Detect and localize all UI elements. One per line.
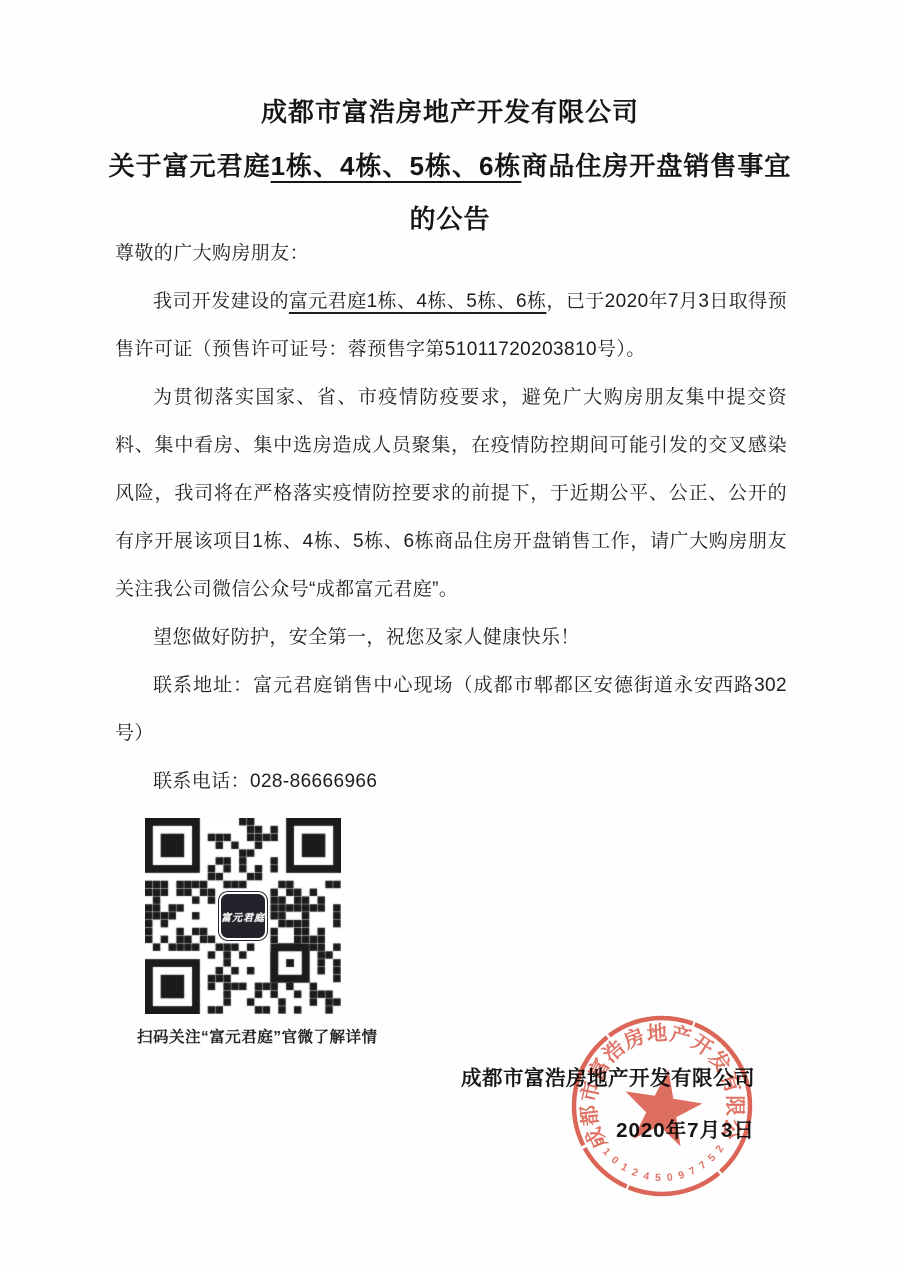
text-run: 我司开发建设的	[153, 291, 289, 312]
text-run: 望您做好防护，安全第一，祝您及家人健康快乐！	[153, 627, 580, 648]
title-line2: 关于富元君庭1栋、4栋、5栋、6栋商品住房开盘销售事宜	[0, 140, 900, 193]
underlined-text: 1栋、4栋、5栋、6栋	[271, 151, 522, 181]
qr-center-logo: 富元君庭	[219, 892, 267, 940]
qr-logo-text: 富元君庭	[221, 909, 265, 924]
title-line1: 成都市富浩房地产开发有限公司	[0, 84, 900, 140]
salutation: 尊敬的广大购房朋友：	[115, 230, 787, 278]
paragraph: 联系电话：028-86666966	[115, 758, 787, 806]
paragraph: 为贯彻落实国家、省、市疫情防疫要求，避免广大购房朋友集中提交资料、集中看房、集中…	[115, 374, 787, 614]
qr-caption: 扫码关注“富元君庭”官微了解详情	[137, 1025, 557, 1047]
signature-date: 2020年7月3日	[461, 1118, 755, 1144]
text-run: 商品住房开盘销售事宜	[521, 151, 791, 181]
text-run: 联系电话：028-86666966	[153, 771, 377, 792]
text-run: 关于富元君庭	[109, 151, 271, 181]
signature-company: 成都市富浩房地产开发有限公司	[461, 1066, 755, 1092]
signature-block: 成都市富浩房地产开发有限公司 2020年7月3日	[461, 1066, 755, 1144]
paragraph: 望您做好防护，安全第一，祝您及家人健康快乐！	[115, 614, 787, 662]
underlined-text: 富元君庭1栋、4栋、5栋、6栋	[289, 291, 547, 312]
qr-code: 富元君庭	[145, 818, 341, 1014]
announcement-document: 成都市富浩房地产开发有限公司 关于富元君庭1栋、4栋、5栋、6栋商品住房开盘销售…	[0, 0, 900, 1273]
text-run: 联系地址：富元君庭销售中心现场（成都市郫都区安德街道永安西路302号）	[115, 675, 787, 744]
paragraph: 联系地址：富元君庭销售中心现场（成都市郫都区安德街道永安西路302号）	[115, 662, 787, 758]
paragraph: 我司开发建设的富元君庭1栋、4栋、5栋、6栋，已于2020年7月3日取得预售许可…	[115, 278, 787, 374]
text-run: 为贯彻落实国家、省、市疫情防疫要求，避免广大购房朋友集中提交资料、集中看房、集中…	[115, 387, 787, 600]
document-title: 成都市富浩房地产开发有限公司 关于富元君庭1栋、4栋、5栋、6栋商品住房开盘销售…	[0, 84, 900, 246]
body-paragraphs: 我司开发建设的富元君庭1栋、4栋、5栋、6栋，已于2020年7月3日取得预售许可…	[115, 278, 787, 806]
document-body: 尊敬的广大购房朋友： 我司开发建设的富元君庭1栋、4栋、5栋、6栋，已于2020…	[115, 230, 787, 806]
